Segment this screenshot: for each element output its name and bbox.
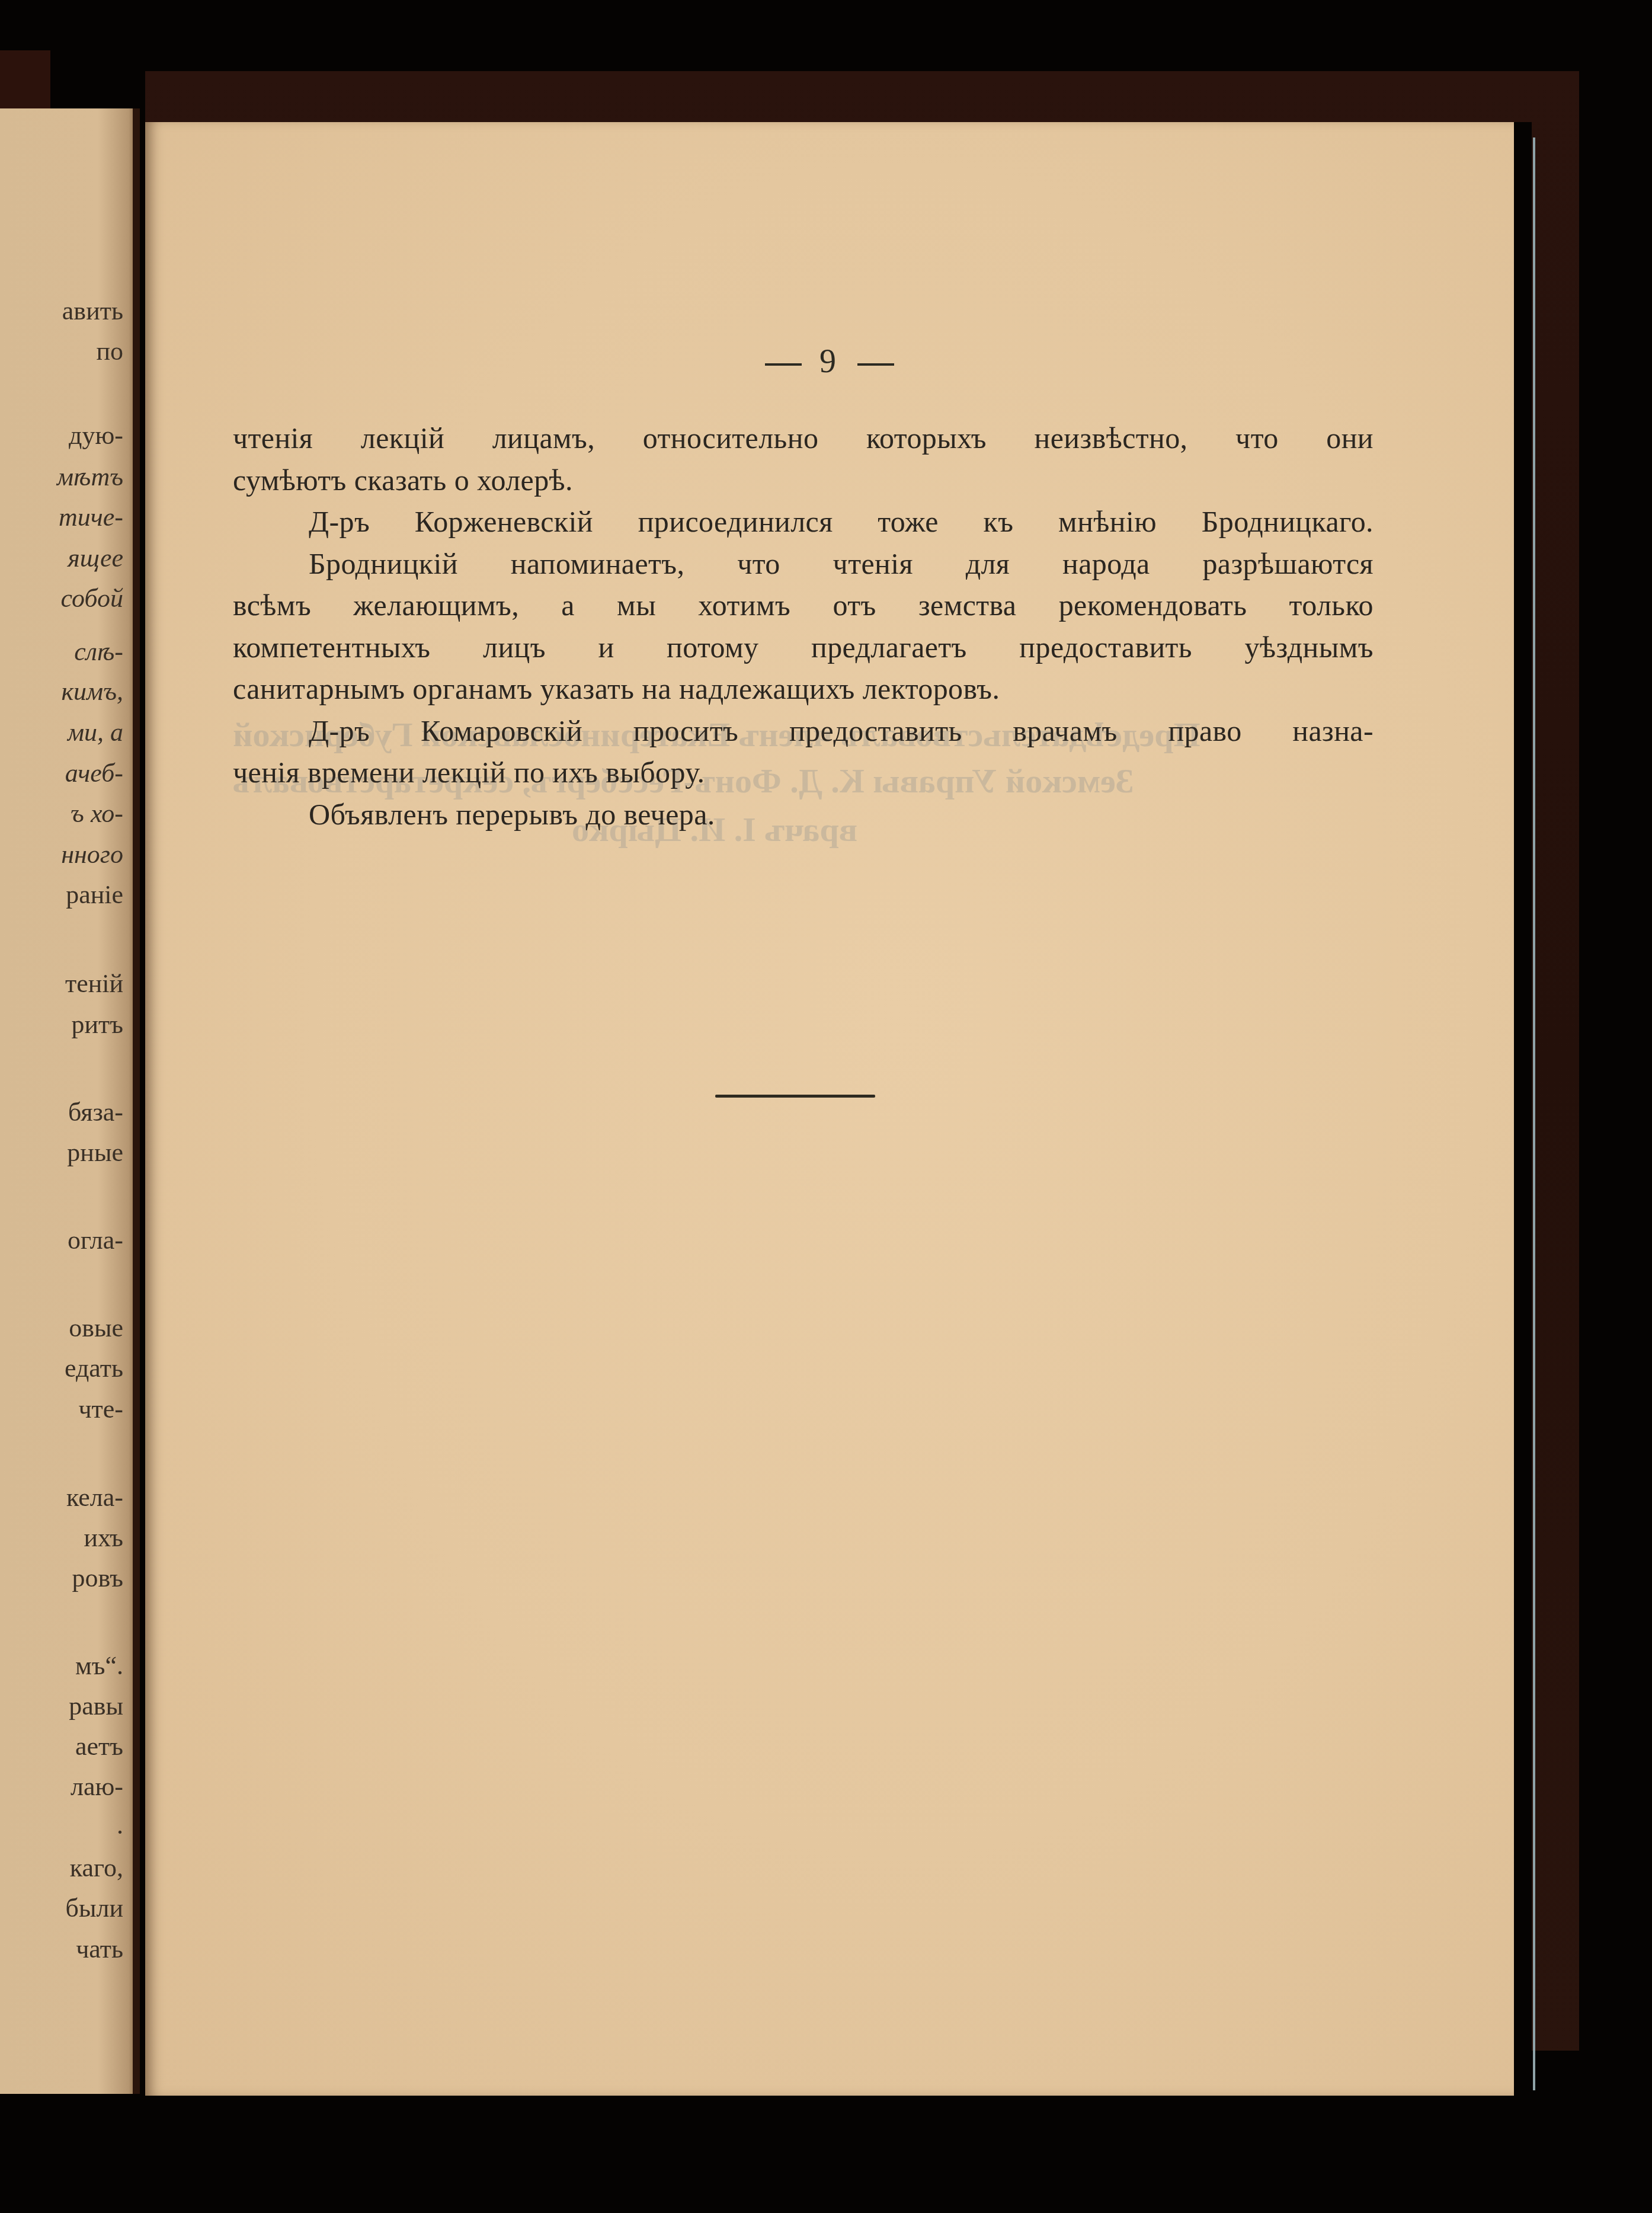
text-line: Объявленъ перерывъ до вечера. — [233, 794, 1374, 836]
text-line: санитарнымъ органамъ указать на надлежащ… — [233, 668, 1374, 710]
left-page-fragment: овые — [69, 1315, 123, 1341]
text-line: Д-ръ Комаровскій проситъ предоставить вр… — [233, 710, 1374, 752]
text-line: сумѣютъ сказать о холерѣ. — [233, 459, 1374, 501]
left-page-fragment: равы — [69, 1693, 123, 1719]
left-page-fragment: тиче- — [59, 504, 123, 530]
paragraph: Бродницкій напоминаетъ, что чтенія для н… — [233, 543, 1374, 710]
section-divider-rule — [715, 1095, 875, 1098]
page-number-dash-right — [857, 363, 894, 366]
left-page-fragment: слѣ- — [74, 639, 123, 665]
left-page-fragment: рные — [67, 1140, 123, 1166]
page-edge-shadow — [1514, 122, 1532, 2099]
left-page-fragment: раніе — [66, 882, 123, 908]
paragraph: Д-ръ Корженевскій присоединился тоже къ … — [233, 501, 1374, 543]
left-page-fragment: ровъ — [72, 1565, 123, 1591]
text-line: Д-ръ Корженевскій присоединился тоже къ … — [233, 501, 1374, 543]
left-page-fragment: аетъ — [75, 1734, 123, 1760]
left-page-fragment: мѣтъ — [57, 464, 123, 490]
document-page: Предсѣдательствовалъ членъ Екатеринослав… — [145, 122, 1514, 2096]
left-page-fragment: ъ хо- — [71, 801, 123, 827]
left-page-fragment: едать — [65, 1355, 123, 1381]
left-page-fragment: бяза- — [68, 1099, 123, 1125]
left-page-fragment: авить — [62, 298, 123, 324]
left-page-fragment: чте- — [78, 1396, 123, 1422]
page-number-value: 9 — [819, 343, 840, 380]
left-page-fragment: по — [96, 338, 123, 364]
text-line: всѣмъ желающимъ, а мы хотимъ отъ земства… — [233, 584, 1374, 626]
left-page-fragment: кела- — [66, 1485, 123, 1511]
left-page-fragment: были — [66, 1895, 123, 1921]
page-number-dash-left — [765, 363, 802, 366]
left-page-fragment: теній — [65, 971, 123, 997]
previous-page: авить по дую- мѣтъ тиче- ящее собой слѣ-… — [0, 108, 140, 2094]
left-page-fragment: ритъ — [71, 1012, 123, 1038]
left-page-fragment: ачеб- — [65, 760, 123, 786]
text-line: чтенія лекцій лицамъ, относительно котор… — [233, 417, 1374, 459]
left-page-fragment: ихъ — [84, 1525, 123, 1551]
body-text: чтенія лекцій лицамъ, относительно котор… — [233, 417, 1374, 835]
page-number: 9 — [145, 343, 1514, 380]
left-page-fragment: мъ“. — [75, 1653, 123, 1679]
paragraph: Объявленъ перерывъ до вечера. — [233, 794, 1374, 836]
paragraph: Д-ръ Комаровскій проситъ предоставить вр… — [233, 710, 1374, 794]
text-line: компетентныхъ лицъ и потому предлагаетъ … — [233, 626, 1374, 669]
left-page-fragment: огла- — [68, 1227, 123, 1253]
left-page-fragment: чать — [76, 1936, 123, 1962]
left-page-fragment: собой — [61, 586, 123, 612]
left-page-fragment: ящее — [68, 545, 123, 571]
left-page-fragment: . — [117, 1812, 123, 1838]
left-page-fragment: дую- — [69, 423, 123, 449]
left-page-fragment: каго, — [70, 1855, 123, 1881]
left-page-fragment: лаю- — [71, 1774, 123, 1800]
left-page-fragment: ми, а — [68, 719, 123, 746]
left-page-fragment: нного — [61, 842, 123, 868]
paragraph: чтенія лекцій лицамъ, относительно котор… — [233, 417, 1374, 501]
left-page-fragment: кимъ, — [62, 679, 124, 705]
text-line: Бродницкій напоминаетъ, что чтенія для н… — [233, 543, 1374, 585]
page-edge-highlight — [1533, 137, 1535, 2090]
text-line: ченія времени лекцій по ихъ выбору. — [233, 751, 1374, 794]
gutter-shadow — [133, 108, 140, 2094]
